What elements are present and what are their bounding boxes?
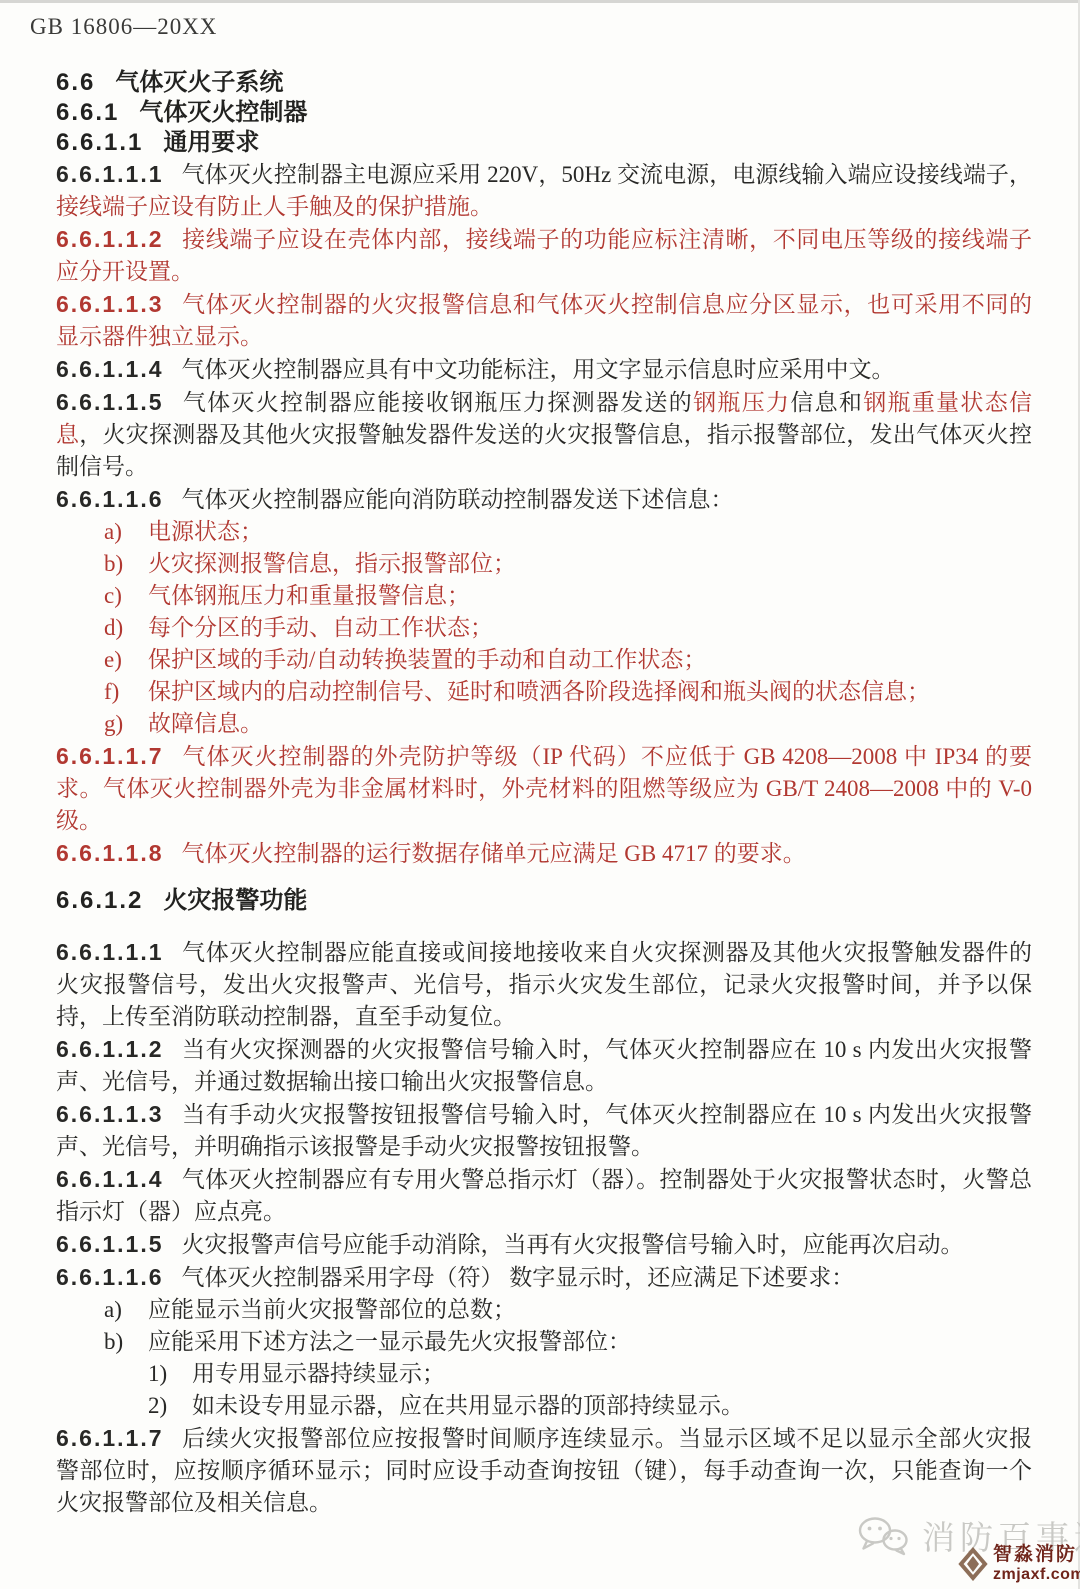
clause-paragraph: 6.6.1.1.1气体灭火控制器主电源应采用 220V，50Hz 交流电源，电源… — [56, 158, 1032, 223]
list-item: c)气体钢瓶压力和重量报警信息； — [56, 580, 1032, 612]
list-item: 2)如未设专用显示器，应在共用显示器的顶部持续显示。 — [56, 1390, 1032, 1422]
clause-number: 6.6.1.1.4 — [56, 356, 164, 382]
heading-number: 6.6.1.2 — [56, 887, 143, 914]
list-item: 1)用专用显示器持续显示； — [56, 1358, 1032, 1390]
clause-text-segment: 气体灭火控制器应能直接或间接地接收来自火灾探测器及其他火灾报警触发器件的火灾报警… — [56, 940, 1032, 1029]
list-item-text: 气体钢瓶压力和重量报警信息； — [148, 580, 470, 612]
clause-text-segment: 气体灭火控制器应有专用火警总指示灯（器）。控制器处于火灾报警状态时，火警总指示灯… — [56, 1167, 1032, 1224]
clause-number: 6.6.1.1.7 — [56, 743, 164, 769]
clause-number: 6.6.1.1.1 — [56, 939, 164, 965]
list-item: d)每个分区的手动、自动工作状态； — [56, 612, 1032, 644]
clause-number: 6.6.1.1.4 — [56, 1166, 164, 1192]
clause-text-segment: 气体灭火控制器的运行数据存储单元应满足 GB 4717 的要求。 — [182, 841, 806, 866]
clause-number: 6.6.1.1.1 — [56, 161, 164, 187]
list-item-text: 火灾探测报警信息，指示报警部位； — [148, 548, 516, 580]
clause-number: 6.6.1.1.5 — [56, 1231, 164, 1257]
clause-paragraph: 6.6.1.1.2接线端子应设在壳体内部，接线端子的功能应标注清晰，不同电压等级… — [56, 223, 1032, 288]
diamond-logo-icon — [958, 1547, 988, 1581]
clause-text-segment: 气体灭火控制器应能接收钢瓶压力探测器发送的 — [182, 390, 694, 415]
list-item-text: 故障信息。 — [148, 708, 263, 740]
clause-paragraph: 6.6.1.1.3气体灭火控制器的火灾报警信息和气体灭火控制信息应分区显示，也可… — [56, 288, 1032, 353]
list-item-marker: g) — [104, 708, 148, 740]
clause-text-segment: 火灾报警声信号应能手动消除，当再有火灾报警信号输入时，应能再次启动。 — [182, 1232, 964, 1257]
list-item-marker: b) — [104, 1326, 148, 1358]
clause-text-segment: 气体灭火控制器的外壳防护等级（IP 代码）不应低于 GB 4208—2008 中… — [56, 744, 1032, 833]
clause-text-segment: 当有手动火灾报警按钮报警信号输入时，气体灭火控制器应在 10 s 内发出火灾报警… — [56, 1102, 1032, 1159]
clause-paragraph: 6.6.1.1.4气体灭火控制器应具有中文功能标注，用文字显示信息时应采用中文。 — [56, 353, 1032, 386]
clause-number: 6.6.1.1.3 — [56, 291, 164, 317]
clause-text-segment: 钢瓶压力 — [693, 390, 790, 415]
clause-text-segment: 气体灭火控制器应能向消防联动控制器发送下述信息： — [182, 487, 734, 512]
clause-text-segment: 接线端子应设在壳体内部，接线端子的功能应标注清晰，不同电压等级的接线端子应分开设… — [56, 227, 1032, 284]
clause-number: 6.6.1.1.6 — [56, 486, 164, 512]
list-item-marker: a) — [104, 1294, 148, 1326]
clause-paragraph: 6.6.1.1.2当有火灾探测器的火灾报警信号输入时，气体灭火控制器应在 10 … — [56, 1033, 1032, 1098]
clause-text-segment: 后续火灾报警部位应按报警时间顺序连续显示。当显示区域不足以显示全部火灾报警部位时… — [56, 1426, 1032, 1515]
clause-text-segment: 气体灭火控制器主电源应采用 220V，50Hz 交流电源，电源线输入端应设接线端… — [182, 162, 1032, 187]
clause-paragraph: 6.6.1.1.8气体灭火控制器的运行数据存储单元应满足 GB 4717 的要求… — [56, 837, 1032, 870]
clause-paragraph: 6.6.1.1.4气体灭火控制器应有专用火警总指示灯（器）。控制器处于火灾报警状… — [56, 1163, 1032, 1228]
heading-title: 气体灭火控制器 — [139, 99, 307, 126]
heading-title: 通用要求 — [163, 129, 259, 156]
document-page: GB 16806—20XX 6.6气体灭火子系统6.6.1气体灭火控制器6.6.… — [0, 0, 1080, 1589]
list-item-text: 应能采用下述方法之一显示最先火灾报警部位： — [148, 1326, 631, 1358]
list-item-marker: f) — [104, 676, 148, 708]
clause-paragraph: 6.6.1.1.6气体灭火控制器采用字母（符） 数字显示时，还应满足下述要求： — [56, 1261, 1032, 1294]
list-item-marker: b) — [104, 548, 148, 580]
clause-paragraph: 6.6.1.1.5火灾报警声信号应能手动消除，当再有火灾报警信号输入时，应能再次… — [56, 1228, 1032, 1261]
clause-number: 6.6.1.1.2 — [56, 1036, 164, 1062]
list-item-marker: d) — [104, 612, 148, 644]
list-item-marker: 2) — [148, 1390, 192, 1422]
heading-number: 6.6 — [56, 69, 95, 96]
clause-number: 6.6.1.1.5 — [56, 389, 164, 415]
section-heading: 6.6气体灭火子系统 — [56, 68, 1032, 98]
clause-number: 6.6.1.1.3 — [56, 1101, 164, 1127]
watermark-brand-text: 智淼消防 — [993, 1545, 1080, 1564]
heading-number: 6.6.1.1 — [56, 129, 143, 156]
list-item-text: 电源状态； — [148, 516, 263, 548]
list-item-marker: 1) — [148, 1358, 192, 1390]
watermark-url-text: zmjaxf.com — [993, 1567, 1080, 1583]
list-item: b)火灾探测报警信息，指示报警部位； — [56, 548, 1032, 580]
list-item-text: 应能显示当前火灾报警部位的总数； — [148, 1294, 516, 1326]
list-item-marker: c) — [104, 580, 148, 612]
list-item-marker: e) — [104, 644, 148, 676]
clause-paragraph: 6.6.1.1.5气体灭火控制器应能接收钢瓶压力探测器发送的钢瓶压力信息和钢瓶重… — [56, 386, 1032, 483]
clause-number: 6.6.1.1.8 — [56, 840, 164, 866]
clause-text-segment: 气体灭火控制器的火灾报警信息和气体灭火控制信息应分区显示，也可采用不同的显示器件… — [56, 292, 1032, 349]
clause-text-segment: 气体灭火控制器采用字母（符） 数字显示时，还应满足下述要求： — [182, 1265, 855, 1290]
document-body: 6.6气体灭火子系统6.6.1气体灭火控制器6.6.1.1通用要求6.6.1.1… — [56, 68, 1032, 1519]
clause-text-segment: 气体灭火控制器应具有中文功能标注，用文字显示信息时应采用中文。 — [182, 357, 895, 382]
list-item-text: 保护区域的手动/自动转换装置的手动和自动工作状态； — [148, 644, 706, 676]
clause-text-segment: 信息和 — [790, 390, 863, 415]
clause-text-segment: 当有火灾探测器的火灾报警信号输入时，气体灭火控制器应在 10 s 内发出火灾报警… — [56, 1037, 1032, 1094]
clause-text-segment: 接线端子应设有防止人手触及的保护措施。 — [56, 194, 493, 219]
section-heading: 6.6.1.2火灾报警功能 — [56, 886, 1032, 916]
list-item: e)保护区域的手动/自动转换装置的手动和自动工作状态； — [56, 644, 1032, 676]
clause-number: 6.6.1.1.6 — [56, 1264, 164, 1290]
list-item: g)故障信息。 — [56, 708, 1032, 740]
clause-paragraph: 6.6.1.1.7后续火灾报警部位应按报警时间顺序连续显示。当显示区域不足以显示… — [56, 1422, 1032, 1519]
clause-number: 6.6.1.1.7 — [56, 1425, 164, 1451]
section-heading: 6.6.1.1通用要求 — [56, 128, 1032, 158]
list-item: a)电源状态； — [56, 516, 1032, 548]
list-item-text: 如未设专用显示器，应在共用显示器的顶部持续显示。 — [192, 1390, 744, 1422]
section-heading: 6.6.1气体灭火控制器 — [56, 98, 1032, 128]
clause-text-segment: ，火灾探测器及其他火灾报警触发器件发送的火灾报警信息，指示报警部位，发出气体灭火… — [56, 422, 1032, 479]
clause-paragraph: 6.6.1.1.6气体灭火控制器应能向消防联动控制器发送下述信息： — [56, 483, 1032, 516]
clause-paragraph: 6.6.1.1.7气体灭火控制器的外壳防护等级（IP 代码）不应低于 GB 42… — [56, 740, 1032, 837]
list-item-marker: a) — [104, 516, 148, 548]
clause-paragraph: 6.6.1.1.3当有手动火灾报警按钮报警信号输入时，气体灭火控制器应在 10 … — [56, 1098, 1032, 1163]
list-item-text: 用专用显示器持续显示； — [192, 1358, 445, 1390]
list-item-text: 保护区域内的启动控制信号、延时和喷洒各阶段选择阀和瓶头阀的状态信息； — [148, 676, 930, 708]
list-item: a)应能显示当前火灾报警部位的总数； — [56, 1294, 1032, 1326]
clause-paragraph: 6.6.1.1.1气体灭火控制器应能直接或间接地接收来自火灾探测器及其他火灾报警… — [56, 936, 1032, 1033]
heading-title: 火灾报警功能 — [163, 887, 307, 914]
doc-number: GB 16806—20XX — [30, 14, 1032, 40]
clause-number: 6.6.1.1.2 — [56, 226, 164, 252]
watermark-zhimiao: 智淼消防 zmjaxf.com — [958, 1545, 1080, 1583]
wechat-icon — [856, 1515, 910, 1557]
heading-title: 气体灭火子系统 — [115, 69, 283, 96]
list-item-text: 每个分区的手动、自动工作状态； — [148, 612, 493, 644]
list-item: b)应能采用下述方法之一显示最先火灾报警部位： — [56, 1326, 1032, 1358]
list-item: f)保护区域内的启动控制信号、延时和喷洒各阶段选择阀和瓶头阀的状态信息； — [56, 676, 1032, 708]
heading-number: 6.6.1 — [56, 99, 119, 126]
